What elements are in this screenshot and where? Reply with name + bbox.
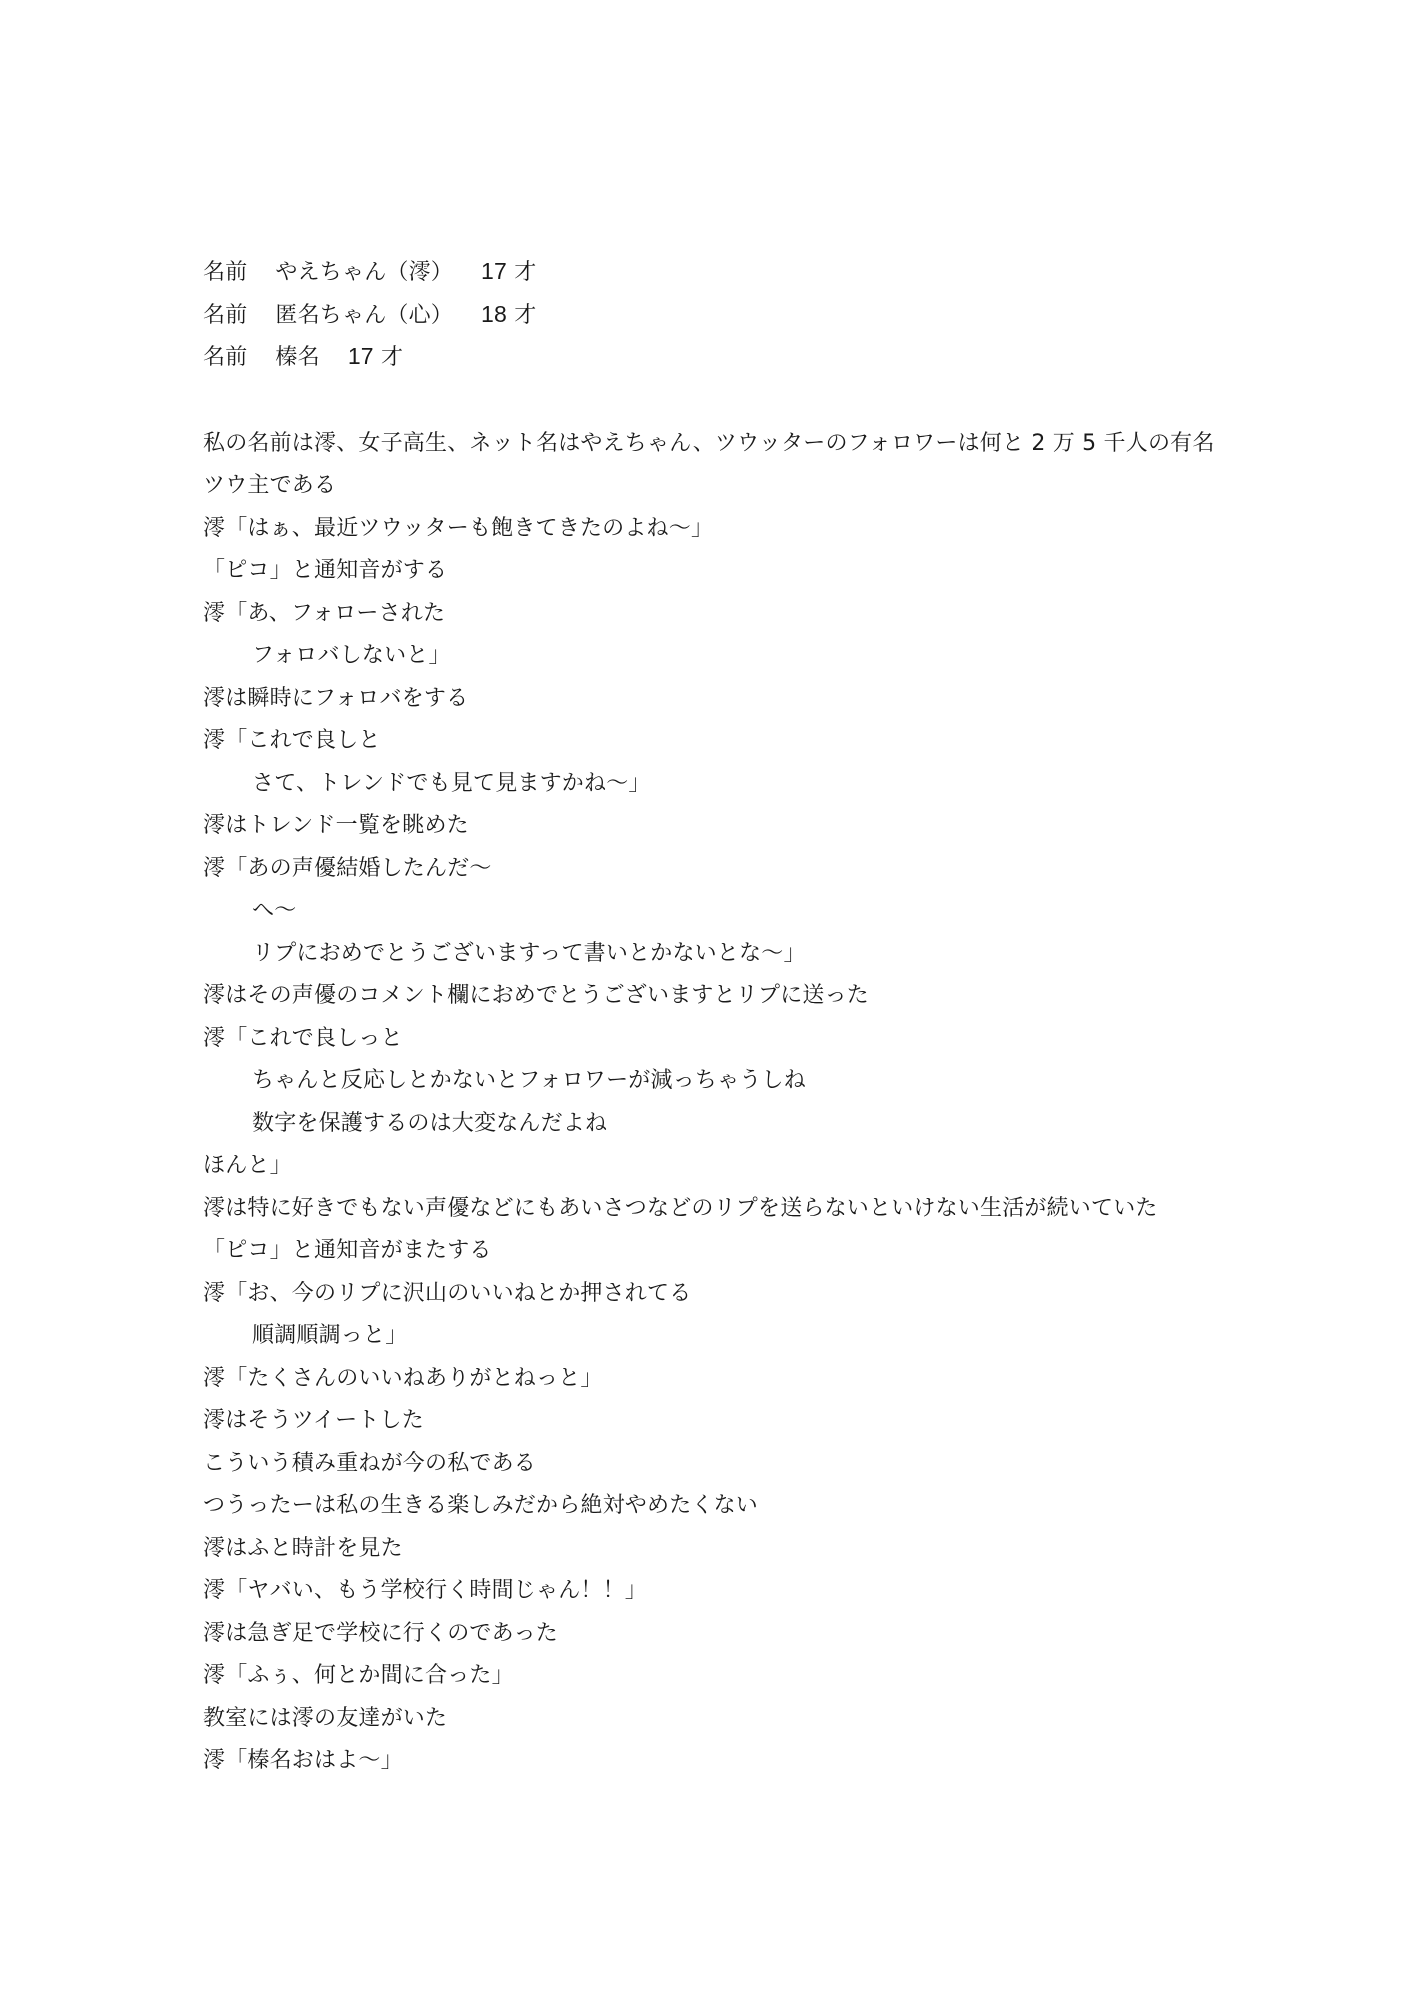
story-line: 澪「お、今のリプに沢山のいいねとか押されてる <box>203 1273 1223 1316</box>
story-line: 澪はふと時計を見た <box>203 1528 1223 1571</box>
story-body: 私の名前は澪、女子高生、ネット名はやえちゃん、ツウッターのフォロワーは何と 2 … <box>203 423 1223 1783</box>
story-line: 澪は瞬時にフォロバをする <box>203 678 1223 721</box>
story-line: 澪「あの声優結婚したんだ～ <box>203 848 1223 891</box>
story-line: さて、トレンドでも見て見ますかね～」 <box>203 763 1223 806</box>
character-entry: 名前匿名ちゃん（心）18 才 <box>203 293 1223 336</box>
character-entry: 名前やえちゃん（澪）17 才 <box>203 250 1223 293</box>
age-unit: 才 <box>381 345 403 370</box>
story-line: 澪はそうツイートした <box>203 1400 1223 1443</box>
story-line: 澪はトレンド一覧を眺めた <box>203 805 1223 848</box>
character-label: 名前 <box>203 260 247 285</box>
document-content: 名前やえちゃん（澪）17 才 名前匿名ちゃん（心）18 才 名前榛名17 才 私… <box>203 250 1223 1783</box>
story-line: 「ピコ」と通知音がまたする <box>203 1230 1223 1273</box>
story-line: 順調順調っと」 <box>203 1315 1223 1358</box>
story-line: 澪「たくさんのいいねありがとねっと」 <box>203 1358 1223 1401</box>
age-unit: 才 <box>514 303 536 328</box>
character-list: 名前やえちゃん（澪）17 才 名前匿名ちゃん（心）18 才 名前榛名17 才 <box>203 250 1223 378</box>
story-line: 澪は特に好きでもない声優などにもあいさつなどのリプを送らないといけない生活が続い… <box>203 1188 1223 1231</box>
story-line: へ～ <box>203 890 1223 933</box>
story-line: 澪「ヤバい、もう学校行く時間じゃん！！」 <box>203 1570 1223 1613</box>
story-line: 澪は急ぎ足で学校に行くのであった <box>203 1613 1223 1656</box>
story-line: ほんと」 <box>203 1145 1223 1188</box>
document-page: 名前やえちゃん（澪）17 才 名前匿名ちゃん（心）18 才 名前榛名17 才 私… <box>0 0 1414 2000</box>
character-name: 榛名 <box>275 345 319 370</box>
character-entry: 名前榛名17 才 <box>203 335 1223 378</box>
character-name: 匿名ちゃん（心） <box>275 303 453 328</box>
character-name: やえちゃん（澪） <box>275 260 453 285</box>
story-line: 澪「これで良しっと <box>203 1018 1223 1061</box>
story-line: 教室には澪の友達がいた <box>203 1698 1223 1741</box>
story-line: 澪「はぁ、最近ツウッターも飽きてきたのよね～」 <box>203 508 1223 551</box>
story-line: 澪はその声優のコメント欄におめでとうございますとリプに送った <box>203 975 1223 1018</box>
character-label: 名前 <box>203 303 247 328</box>
character-label: 名前 <box>203 345 247 370</box>
story-line: 数字を保護するのは大変なんだよね <box>203 1103 1223 1146</box>
story-line: リプにおめでとうございますって書いとかないとな～」 <box>203 933 1223 976</box>
story-line: フォロバしないと」 <box>203 635 1223 678</box>
character-age: 18 <box>481 301 507 327</box>
story-line: ツウ主である <box>203 465 1223 508</box>
story-line: ちゃんと反応しとかないとフォロワーが減っちゃうしね <box>203 1060 1223 1103</box>
story-line: こういう積み重ねが今の私である <box>203 1443 1223 1486</box>
story-line: 私の名前は澪、女子高生、ネット名はやえちゃん、ツウッターのフォロワーは何と 2 … <box>203 423 1223 466</box>
story-line: 澪「榛名おはよ～」 <box>203 1740 1223 1783</box>
story-line: つうったーは私の生きる楽しみだから絶対やめたくない <box>203 1485 1223 1528</box>
story-line: 澪「これで良しと <box>203 720 1223 763</box>
age-unit: 才 <box>514 260 536 285</box>
character-age: 17 <box>481 258 507 284</box>
character-age: 17 <box>348 343 374 369</box>
story-line: 「ピコ」と通知音がする <box>203 550 1223 593</box>
story-line: 澪「ふぅ、何とか間に合った」 <box>203 1655 1223 1698</box>
story-line: 澪「あ、フォローされた <box>203 593 1223 636</box>
